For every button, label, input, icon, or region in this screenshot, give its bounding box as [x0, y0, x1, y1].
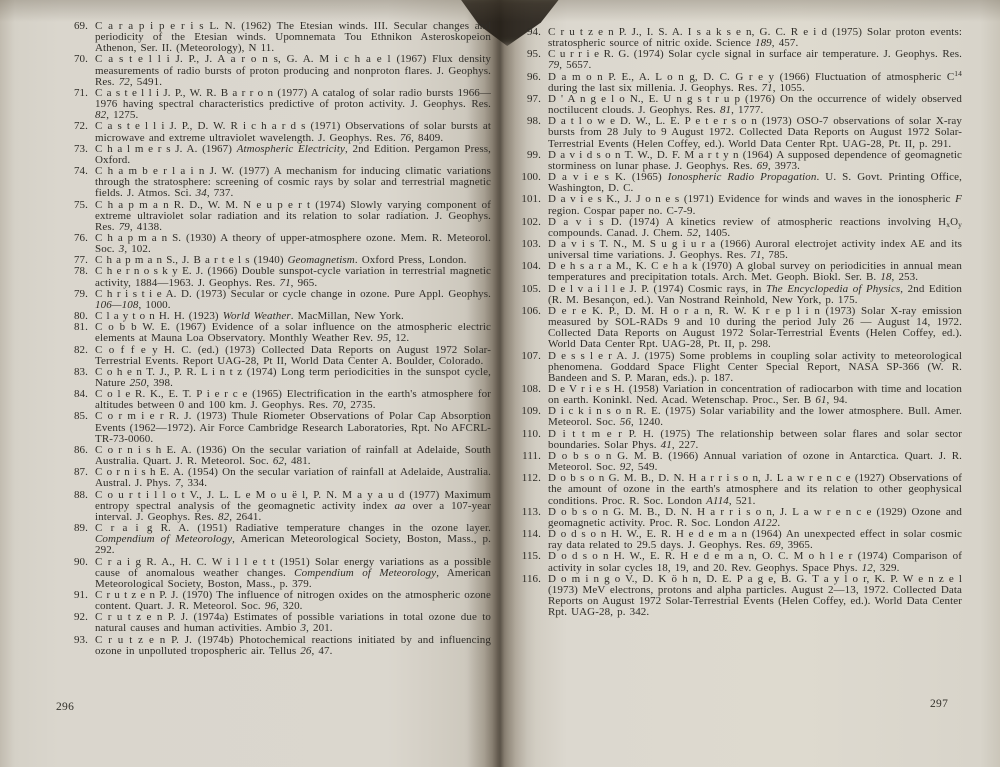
reference-item: 104.D e h s a r a M., K. C e h a k (1970… — [514, 261, 962, 283]
reference-item: 111.D o b s o n G. M. B. (1966) Annual v… — [514, 451, 962, 473]
reference-item: 102.D a v i s D. (1974) A kinetics revie… — [514, 217, 962, 239]
reference-text: C r u t z e n P. J. (1974b) Photochemica… — [95, 634, 491, 657]
page-number-left: 296 — [56, 701, 74, 713]
reference-text: C a s t e l l i J. P., D. W. R i c h a r… — [95, 120, 491, 143]
reference-item: 78.C h e r n o s k y E. J. (1966) Double… — [64, 266, 491, 288]
reference-item: 98.D a t l o w e D. W., L. E. P e t e r … — [514, 116, 962, 149]
reference-number: 89. — [64, 523, 88, 534]
reference-number: 115. — [514, 551, 541, 562]
reference-item: 73.C h a l m e r s J. A. (1967) Atmosphe… — [64, 144, 491, 166]
reference-text: D o b s o n G. M. B., D. N. H a r r i s … — [548, 506, 962, 529]
reference-number: 114. — [514, 529, 541, 540]
reference-item: 105.D e l v a i l l e J. P. (1974) Cosmi… — [514, 284, 962, 306]
reference-text: C o f f e y H. C. (ed.) (1973) Collected… — [95, 344, 491, 367]
reference-item: 87.C o r n i s h E. A. (1954) On the sec… — [64, 467, 491, 489]
reference-text: D o b s o n G. M. B., D. N. H a r r i s … — [548, 472, 962, 506]
reference-number: 70. — [64, 54, 88, 65]
reference-number: 78. — [64, 266, 88, 277]
reference-number: 74. — [64, 166, 88, 177]
reference-item: 79.C h r i s t i e A. D. (1973) Secular … — [64, 289, 491, 311]
reference-text: C a s t e l l i J. P., J. A a r o n s, G… — [95, 53, 491, 87]
reference-item: 71.C a s t e l l i J. P., W. R. B a r r … — [64, 88, 491, 121]
page-top-edge-shade — [0, 0, 1000, 22]
reference-text: D a v i s T. N., M. S u g i u r a (1966)… — [548, 238, 962, 261]
reference-number: 93. — [64, 635, 88, 646]
reference-number: 109. — [514, 406, 541, 417]
reference-item: 108.D e V r i e s H. (1958) Variation in… — [514, 384, 962, 406]
reference-text: C h r i s t i e A. D. (1973) Secular or … — [95, 288, 491, 311]
reference-text: D a v i e s K. (1965) Ionospheric Radio … — [548, 171, 962, 194]
reference-text: D o b s o n G. M. B. (1966) Annual varia… — [548, 450, 962, 473]
reference-number: 112. — [514, 473, 541, 484]
reference-text: C o r n i s h E. A. (1936) On the secula… — [95, 444, 491, 467]
reference-text: D e s s l e r A. J. (1975) Some problems… — [548, 350, 962, 384]
page-number-right: 297 — [930, 698, 948, 710]
reference-number: 105. — [514, 284, 541, 295]
reference-list-left: 69.C a r a p i p e r i s L. N. (1962) Th… — [64, 21, 491, 657]
reference-item: 89.C r a i g R. A. (1951) Radiative temp… — [64, 523, 491, 556]
reference-text: C o u r t i l l o t V., J. L. L e M o u … — [95, 489, 491, 523]
reference-item: 106.D e r e K. P., D. M. H o r a n, R. W… — [514, 306, 962, 351]
reference-number: 79. — [64, 289, 88, 300]
reference-number: 111. — [514, 451, 541, 462]
reference-number: 104. — [514, 261, 541, 272]
reference-item: 96.D a m o n P. E., A. L o n g, D. C. G … — [514, 72, 962, 94]
reference-item: 84.C o l e R. K., E. T. P i e r c e (196… — [64, 389, 491, 411]
reference-item: 109.D i c k i n s o n R. E. (1975) Solar… — [514, 406, 962, 428]
reference-text: D a v i s D. (1974) A kinetics review of… — [548, 216, 962, 239]
reference-number: 72. — [64, 121, 88, 132]
reference-item: 85.C o r m i e r R. J. (1973) Thule Riom… — [64, 411, 491, 444]
reference-number: 108. — [514, 384, 541, 395]
reference-text: D e V r i e s H. (1958) Variation in con… — [548, 383, 962, 406]
reference-number: 110. — [514, 429, 541, 440]
reference-item: 81.C o b b W. E. (1967) Evidence of a so… — [64, 322, 491, 344]
reference-text: C o h e n T. J., P. R. L i n t z (1974) … — [95, 366, 491, 389]
reference-item: 76.C h a p m a n S. (1930) A theory of u… — [64, 233, 491, 255]
reference-text: C h e r n o s k y E. J. (1966) Double su… — [95, 265, 491, 288]
reference-number: 96. — [514, 72, 541, 83]
reference-text: D a v i d s o n T. W., D. F. M a r t y n… — [548, 149, 962, 172]
reference-number: 113. — [514, 507, 541, 518]
reference-number: 81. — [64, 322, 88, 333]
reference-number: 73. — [64, 144, 88, 155]
reference-text: C o b b W. E. (1967) Evidence of a solar… — [95, 321, 491, 344]
reference-text: D a m o n P. E., A. L o n g, D. C. G r e… — [548, 71, 962, 94]
reference-item: 99.D a v i d s o n T. W., D. F. M a r t … — [514, 150, 962, 172]
reference-text: C r a i g R. A., H. C. W i l l e t t (19… — [95, 556, 491, 590]
reference-text: C a r a p i p e r i s L. N. (1962) The E… — [95, 20, 491, 54]
reference-item: 75.C h a p m a n R. D., W. M. N e u p e … — [64, 200, 491, 233]
reference-number: 107. — [514, 351, 541, 362]
reference-item: 95.C u r r i e R. G. (1974) Solar cycle … — [514, 49, 962, 71]
reference-number: 101. — [514, 194, 541, 205]
reference-item: 72.C a s t e l l i J. P., D. W. R i c h … — [64, 121, 491, 143]
reference-number: 97. — [514, 94, 541, 105]
reference-number: 71. — [64, 88, 88, 99]
reference-number: 94. — [514, 27, 541, 38]
reference-item: 94.C r u t z e n P. J., I. S. A. I s a k… — [514, 27, 962, 49]
reference-text: C r u t z e n P. J. (1974a) Estimates of… — [95, 611, 491, 634]
reference-text: D ' A n g e l o N., E. U n g s t r u p (… — [548, 93, 962, 116]
reference-number: 103. — [514, 239, 541, 250]
reference-number: 99. — [514, 150, 541, 161]
reference-text: C r u t z e n P. J. (1970) The influence… — [95, 589, 491, 612]
reference-item: 70.C a s t e l l i J. P., J. A a r o n s… — [64, 54, 491, 87]
reference-number: 75. — [64, 200, 88, 211]
reference-item: 69.C a r a p i p e r i s L. N. (1962) Th… — [64, 21, 491, 54]
reference-item: 100.D a v i e s K. (1965) Ionospheric Ra… — [514, 172, 962, 194]
reference-number: 86. — [64, 445, 88, 456]
reference-number: 116. — [514, 574, 541, 585]
reference-number: 90. — [64, 557, 88, 568]
reference-text: C o l e R. K., E. T. P i e r c e (1965) … — [95, 388, 491, 411]
reference-text: D o m i n g o V., D. K ö h n, D. E. P a … — [548, 573, 962, 618]
reference-list-right: 94.C r u t z e n P. J., I. S. A. I s a k… — [514, 27, 962, 618]
reference-item: 83.C o h e n T. J., P. R. L i n t z (197… — [64, 367, 491, 389]
reference-number: 92. — [64, 612, 88, 623]
reference-text: D i t t m e r P. H. (1975) The relations… — [548, 428, 962, 451]
reference-text: C h a p m a n R. D., W. M. N e u p e r t… — [95, 199, 491, 233]
reference-item: 82.C o f f e y H. C. (ed.) (1973) Collec… — [64, 345, 491, 367]
reference-item: 92.C r u t z e n P. J. (1974a) Estimates… — [64, 612, 491, 634]
reference-text: C r u t z e n P. J., I. S. A. I s a k s … — [548, 26, 962, 49]
reference-number: 69. — [64, 21, 88, 32]
reference-text: C h a l m e r s J. A. (1967) Atmospheric… — [95, 143, 491, 166]
reference-item: 97.D ' A n g e l o N., E. U n g s t r u … — [514, 94, 962, 116]
reference-item: 115.D o d s o n H. W., E. R. H e d e m a… — [514, 551, 962, 573]
reference-item: 88.C o u r t i l l o t V., J. L. L e M o… — [64, 490, 491, 523]
reference-item: 93.C r u t z e n P. J. (1974b) Photochem… — [64, 635, 491, 657]
reference-item: 103.D a v i s T. N., M. S u g i u r a (1… — [514, 239, 962, 261]
reference-text: C h a m b e r l a i n J. W. (1977) A mec… — [95, 165, 491, 199]
reference-text: C o r n i s h E. A. (1954) On the secula… — [95, 466, 491, 489]
reference-text: C a s t e l l i J. P., W. R. B a r r o n… — [95, 87, 491, 121]
reference-number: 102. — [514, 217, 541, 228]
reference-number: 88. — [64, 490, 88, 501]
reference-number: 106. — [514, 306, 541, 317]
reference-text: D i c k i n s o n R. E. (1975) Solar var… — [548, 405, 962, 428]
reference-number: 82. — [64, 345, 88, 356]
reference-text: D a v i e s K., J. J o n e s (1971) Evid… — [548, 193, 962, 216]
reference-text: D e h s a r a M., K. C e h a k (1970) A … — [548, 260, 962, 283]
reference-item: 107.D e s s l e r A. J. (1975) Some prob… — [514, 351, 962, 384]
reference-text: C r a i g R. A. (1951) Radiative tempera… — [95, 522, 491, 556]
reference-number: 85. — [64, 411, 88, 422]
reference-number: 87. — [64, 467, 88, 478]
reference-item: 101.D a v i e s K., J. J o n e s (1971) … — [514, 194, 962, 216]
reference-text: D e r e K. P., D. M. H o r a n, R. W. K … — [548, 305, 962, 350]
reference-item: 91.C r u t z e n P. J. (1970) The influe… — [64, 590, 491, 612]
reference-item: 112.D o b s o n G. M. B., D. N. H a r r … — [514, 473, 962, 506]
reference-number: 100. — [514, 172, 541, 183]
reference-item: 86.C o r n i s h E. A. (1936) On the sec… — [64, 445, 491, 467]
reference-text: D o d s o n H. W., E. R. H e d e m a n, … — [548, 550, 962, 573]
reference-item: 113.D o b s o n G. M. B., D. N. H a r r … — [514, 507, 962, 529]
reference-text: D a t l o w e D. W., L. E. P e t e r s o… — [548, 115, 962, 149]
reference-item: 116.D o m i n g o V., D. K ö h n, D. E. … — [514, 574, 962, 619]
reference-item: 110.D i t t m e r P. H. (1975) The relat… — [514, 429, 962, 451]
reference-number: 76. — [64, 233, 88, 244]
book-spread-photo: 69.C a r a p i p e r i s L. N. (1962) Th… — [0, 0, 1000, 767]
reference-item: 74.C h a m b e r l a i n J. W. (1977) A … — [64, 166, 491, 199]
reference-number: 98. — [514, 116, 541, 127]
reference-text: D e l v a i l l e J. P. (1974) Cosmic ra… — [548, 283, 962, 306]
reference-number: 84. — [64, 389, 88, 400]
reference-text: C h a p m a n S. (1930) A theory of uppe… — [95, 232, 491, 255]
reference-number: 95. — [514, 49, 541, 60]
reference-text: C u r r i e R. G. (1974) Solar cycle sig… — [548, 48, 962, 71]
reference-text: D o d s o n H. W., E. R. H e d e m a n (… — [548, 528, 962, 551]
reference-number: 91. — [64, 590, 88, 601]
reference-text: C o r m i e r R. J. (1973) Thule Riomete… — [95, 410, 491, 444]
reference-item: 90.C r a i g R. A., H. C. W i l l e t t … — [64, 557, 491, 590]
reference-item: 114.D o d s o n H. W., E. R. H e d e m a… — [514, 529, 962, 551]
reference-number: 83. — [64, 367, 88, 378]
